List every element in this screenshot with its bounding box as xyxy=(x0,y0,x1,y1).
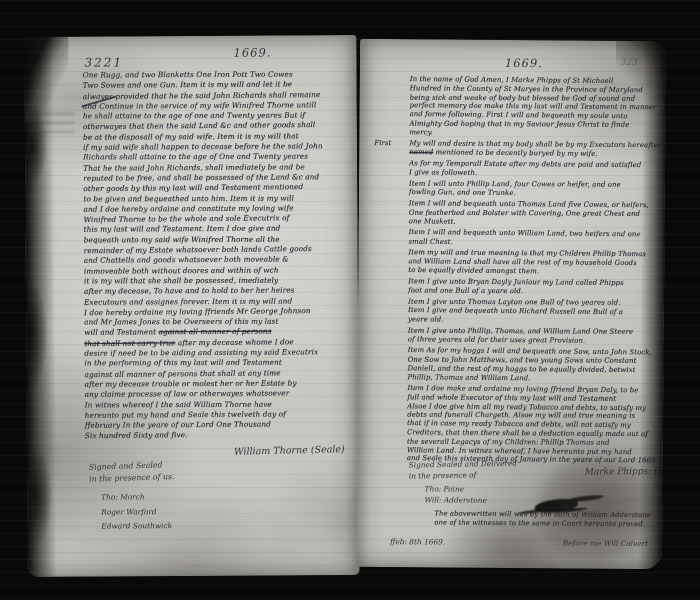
witness-name: Tho: Morch xyxy=(101,490,172,505)
left-page-text: One Rugg, and two Blanketts One Iron Pot… xyxy=(83,69,354,441)
testator-signature: William Thorne (Seale) xyxy=(234,444,345,458)
manuscript-line: mercy. xyxy=(409,128,662,139)
manuscript-line: Six hundred Sixty and five. xyxy=(85,429,354,442)
right-year-heading: 1669. xyxy=(492,56,556,71)
manuscript-line: one Muskett. xyxy=(409,217,662,228)
left-page: 3221 1669. One Rugg, and two Blanketts O… xyxy=(24,35,359,577)
left-signature-block: William Thorne (Seale) Signed and Sealed… xyxy=(61,443,352,565)
manuscript-line: small Chest. xyxy=(408,238,661,248)
manuscript-line: I give as followeth. xyxy=(409,168,662,179)
witness-name: Roger Warford xyxy=(101,505,172,520)
right-page: 323 1669. In the name of God Amen, I Mar… xyxy=(356,39,666,569)
witness-list: Tho: MorchRoger WarfordEdward Southwick xyxy=(101,490,172,534)
witness-name: Edward Southwick xyxy=(101,519,172,534)
manuscript-scan: 3221 1669. One Rugg, and two Blanketts O… xyxy=(0,0,700,600)
left-folio-number: 3221 xyxy=(84,55,123,69)
manuscript-line: yeare old. xyxy=(408,315,661,326)
manuscript-line: named mentioned to be decently buryed by… xyxy=(409,148,662,159)
stain-smudge xyxy=(436,403,666,569)
manuscript-line: of three yeares old for their uses great… xyxy=(408,335,661,346)
left-year-heading: 1669. xyxy=(220,45,284,59)
manuscript-line: Phillip, Thomas and William Land. xyxy=(407,373,660,384)
page-edge-shadow xyxy=(636,41,666,569)
manuscript-line: foot and one Bull of a yeare old. xyxy=(408,286,661,297)
attestation-line: in the presence of us. xyxy=(89,471,175,486)
attestation-note: Signed and Sealedin the presence of us. xyxy=(89,459,175,486)
worn-corner xyxy=(24,37,69,123)
manuscript-line: fowling Gun, and one Trunke. xyxy=(409,188,662,199)
manuscript-line: to be equally divided amongst them. xyxy=(408,266,661,277)
manuscript-line: any claime processe of law or otherwayes… xyxy=(85,388,354,400)
